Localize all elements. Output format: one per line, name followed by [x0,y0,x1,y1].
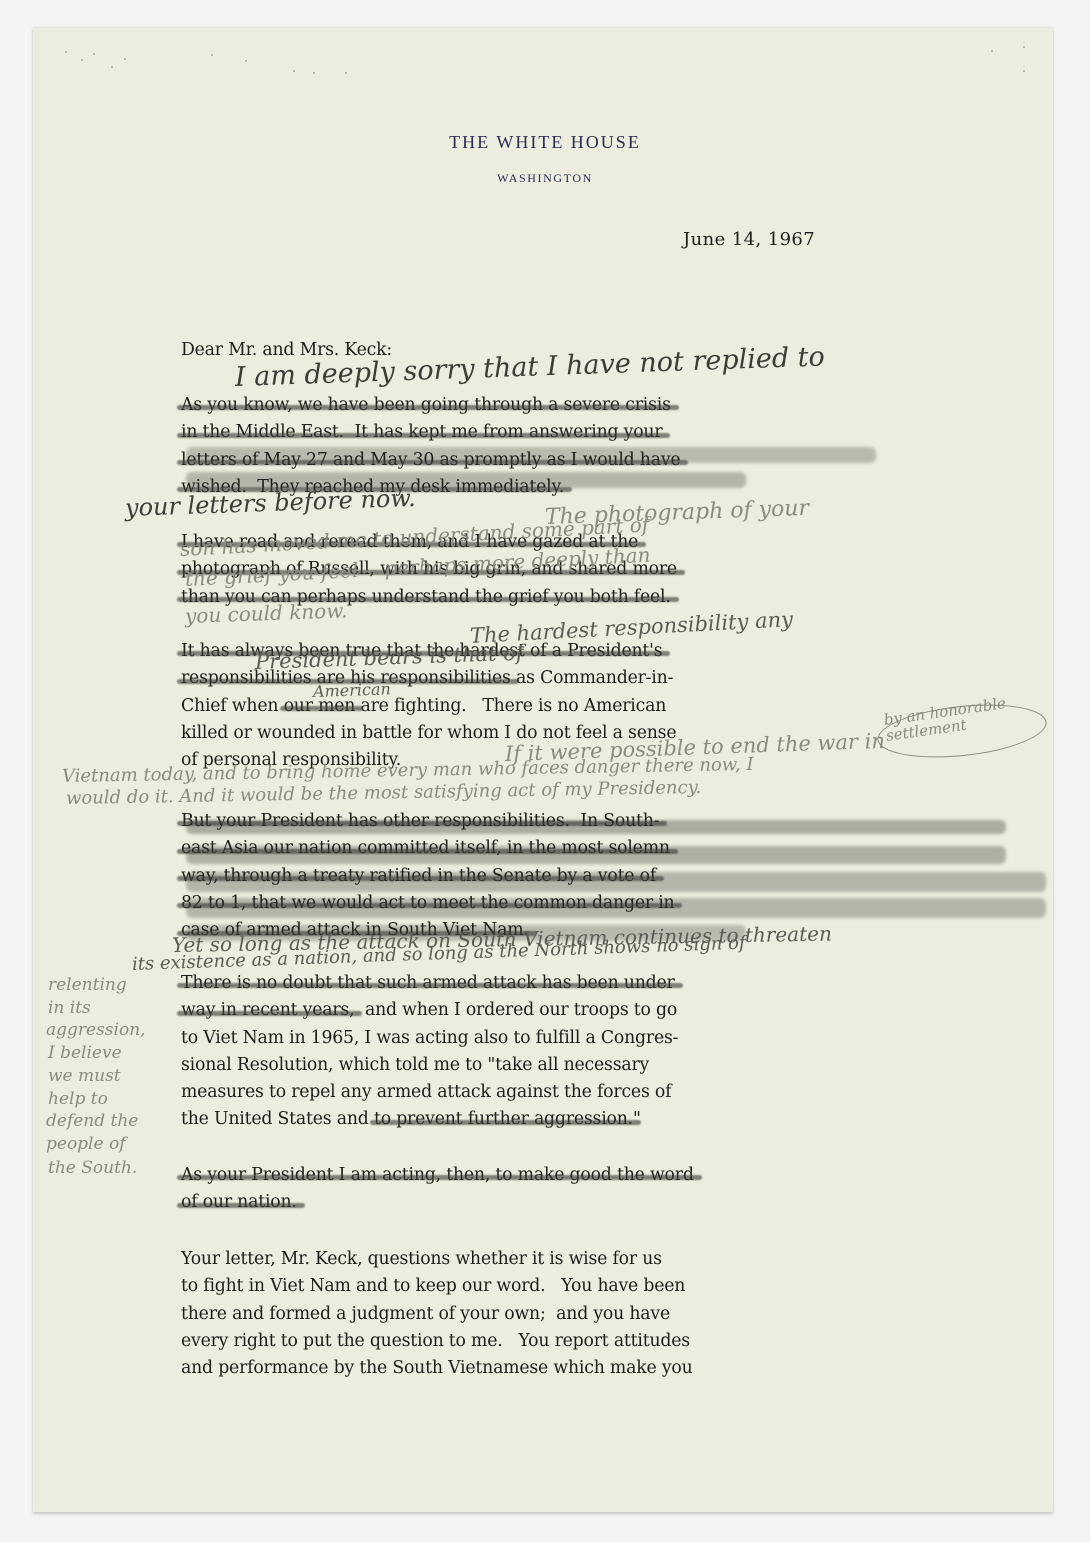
paper-speck [111,66,113,68]
handwritten-note: relenting [48,975,127,995]
text-line: of our nation. [181,1189,694,1216]
text-line: in the Middle East. It has kept me from … [181,419,680,446]
text-line: every right to put the question to me. Y… [181,1328,693,1355]
text-line: Your letter, Mr. Keck, questions whether… [181,1246,693,1273]
struck-text: As your President I am acting, then, to … [181,1165,694,1185]
paragraph: But your President has other responsibil… [181,808,674,944]
paper-speck [991,50,993,52]
struck-text: to prevent further aggression. [374,1109,633,1129]
struck-text: in the Middle East. It has kept me from … [181,422,662,442]
text-line: measures to repel any armed attack again… [181,1079,678,1106]
struck-text: There is no doubt that such armed attack… [181,973,675,993]
text-line: As your President I am acting, then, to … [181,1162,694,1189]
struck-text: way in recent years, [181,1000,354,1020]
letter-date: June 14, 1967 [683,229,815,250]
paper-speck [313,72,315,74]
letterhead-subtitle: WASHINGTON [0,171,1090,186]
handwritten-note: people of [46,1134,126,1154]
handwritten-note: aggression, [46,1020,146,1040]
paragraph: As your President I am acting, then, to … [181,1162,694,1217]
letterhead-title: THE WHITE HOUSE [0,132,1090,153]
struck-text: As you know, we have been going through … [181,395,671,415]
text-line: and performance by the South Vietnamese … [181,1355,693,1382]
paragraph: There is no doubt that such armed attack… [181,970,678,1134]
handwritten-note: American [313,679,391,701]
text-line: 82 to 1, that we would act to meet the c… [181,890,674,917]
paper-speck [245,60,247,62]
struck-text: But your President has other responsibil… [181,811,659,831]
text-line: way, through a treaty ratified in the Se… [181,863,674,890]
handwritten-note: help to [48,1089,108,1109]
struck-text: letters of May 27 and May 30 as promptly… [181,450,680,470]
text-line: east Asia our nation committed itself, i… [181,835,674,862]
struck-text: east Asia our nation committed itself, i… [181,838,670,858]
paper-speck [211,54,213,56]
text-line: to Viet Nam in 1965, I was acting also t… [181,1025,678,1052]
text-line: the United States and to prevent further… [181,1106,678,1133]
text-line: But your President has other responsibil… [181,808,674,835]
paper-speck [345,72,347,74]
text-line: As you know, we have been going through … [181,392,680,419]
text-line: there and formed a judgment of your own;… [181,1301,693,1328]
paper-speck [93,53,95,55]
handwritten-note: I believe [48,1043,122,1063]
text-line: There is no doubt that such armed attack… [181,970,678,997]
struck-text: of our nation. [181,1192,297,1212]
paper-speck [65,51,67,53]
handwritten-note: we must [48,1066,121,1086]
handwritten-note: defend the [46,1111,138,1131]
handwritten-note: in its [48,998,91,1018]
text-line: sional Resolution, which told me to "tak… [181,1052,678,1079]
text-line: Chief when our men are fighting. There i… [181,693,676,720]
paper-speck [124,58,126,60]
paper-speck [293,70,295,72]
text-line: to fight in Viet Nam and to keep our wor… [181,1273,693,1300]
handwritten-note: the South. [48,1158,137,1178]
paper-speck [1023,70,1025,72]
struck-text: 82 to 1, that we would act to meet the c… [181,893,674,913]
paper-speck [81,59,83,61]
paragraph: Your letter, Mr. Keck, questions whether… [181,1246,693,1382]
struck-text: way, through a treaty ratified in the Se… [181,866,656,886]
text-line: way in recent years, and when I ordered … [181,997,678,1024]
paragraph: As you know, we have been going through … [181,392,680,501]
paper-speck [1023,46,1025,48]
text-line: letters of May 27 and May 30 as promptly… [181,447,680,474]
